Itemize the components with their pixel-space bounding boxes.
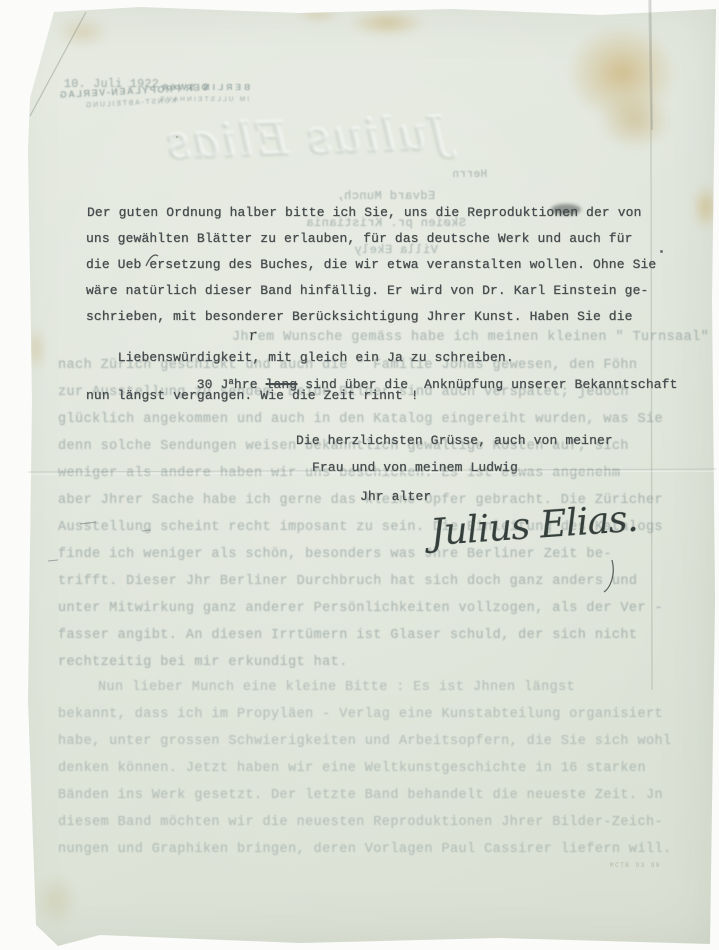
printer-imprint: MCTB 93 98 <box>610 862 661 869</box>
ghost-line: fasser angibt. An diesen Irrtümern ist G… <box>58 628 637 643</box>
date-ghost: 10. Juli 1922. <box>64 78 167 91</box>
ghost-line: nungen und Graphiken bringen, deren Vorl… <box>58 842 672 857</box>
stain-top-edge <box>348 10 426 36</box>
embossed-script: Julius Elias <box>57 105 449 189</box>
stain-left-edge <box>26 326 46 372</box>
body-line: uns gewählten Blätter zu erlauben, für d… <box>86 231 633 246</box>
ghost-line: diesem Band möchten wir die neuesten Rep… <box>58 815 663 830</box>
stain-top-right-small <box>598 92 672 150</box>
closing-line: Die herzlichsten Grüsse, auch von meiner <box>296 433 613 448</box>
recipient-ghost-salutation: Herrn <box>452 169 487 181</box>
ghost-line: Nun lieber Munch eine kleine Bitte : Es … <box>98 680 575 695</box>
ink-speck <box>660 250 663 253</box>
closing-line: Frau und von meinem Ludwig <box>312 460 518 475</box>
letterhead-ghost-addr-line1: BERLIN SW68 <box>160 82 250 92</box>
ghost-line: rechtzeitig bei mir erkundigt hat. <box>58 655 348 670</box>
ghost-line: unter Mitwirkung ganz anderer Persönlich… <box>58 601 663 616</box>
ghost-line: trifft. Dieser Jhr Berliner Durchbruch h… <box>58 574 637 589</box>
letter-sheet: Julius Elias DER PROPYLÄEN-VERLAG KUNST-… <box>0 0 719 950</box>
ghost-line: bekannt, dass ich im Propyläen - Verlag … <box>58 707 663 722</box>
letterhead-ghost-addr-line2: IM ULLSTEINHAUS <box>158 96 249 103</box>
stain-top-edge-2 <box>296 6 340 22</box>
ghost-line: habe, unter grossen Schwierigkeiten und … <box>58 734 672 749</box>
ghost-line: finde ich weniger als schön, besonders w… <box>58 547 612 562</box>
photographed-letter-page: { "colors": { "paper": "#e2e7dd", "ink":… <box>0 0 719 950</box>
paper-speck <box>176 136 178 138</box>
stain-bottom-left <box>34 872 78 928</box>
closing-line: Jhr alter <box>360 489 431 504</box>
body-line: nun längst vergangen. Wie die Zeit rinnt… <box>86 388 419 403</box>
stain-top-left <box>56 16 110 48</box>
handwritten-correction-r: r <box>248 326 257 345</box>
body-line: schrieben, mit besonderer Berücksichtigu… <box>86 309 633 324</box>
ghost-line: Bänden ins Werk gesetzt. Der letzte Band… <box>58 788 663 803</box>
ghost-line: glücklich angekommen und auch in den Kat… <box>58 412 663 427</box>
ink-smudge <box>551 204 581 215</box>
body-line: wäre natürlich dieser Band hinfällig. Er… <box>86 283 648 298</box>
body-line: die Ueb ersetzung des Buches, die wir et… <box>86 257 656 272</box>
stain-right-edge <box>692 184 719 230</box>
ghost-line: denken können. Jetzt haben wir eine Welt… <box>58 761 646 776</box>
recipient-ghost-name: Edvard Munch, <box>336 189 435 203</box>
